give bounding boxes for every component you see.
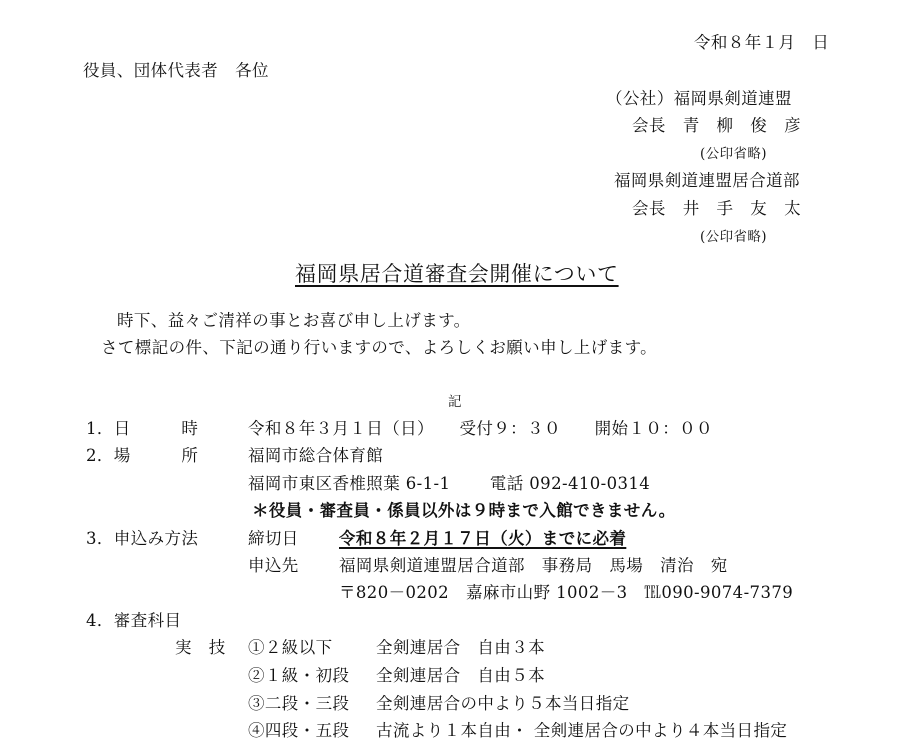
deadline-value: 令和８年２月１７日（火）までに必着 bbox=[339, 529, 626, 549]
apply-to-address: 〒820－0202 嘉麻市山野 1002－3 ℡090-9074-7379 bbox=[339, 583, 793, 603]
practical-label: 実 技 bbox=[175, 638, 226, 658]
greeting-line-1: 時下、益々ご清祥の事とお喜び申し上げます。 bbox=[117, 311, 471, 331]
sender-org-2: 福岡県剣道連盟居合道部 bbox=[614, 171, 800, 191]
deadline-label: 締切日 bbox=[248, 529, 299, 549]
item-datetime-label: 1．日 時 bbox=[86, 419, 198, 439]
greeting-line-2: さて標記の件、下記の通り行いますので、よろしくお願い申し上げます。 bbox=[101, 338, 657, 358]
seal-note-2: (公印省略) bbox=[700, 227, 767, 247]
subject-content: 全剣連居合の中より５本当日指定 bbox=[376, 694, 630, 714]
addressee: 役員、団体代表者 各位 bbox=[83, 61, 269, 81]
sender-org-1: （公社）福岡県剣道連盟 bbox=[606, 89, 792, 109]
apply-to-value: 福岡県剣道連盟居合道部 事務局 馬場 清治 宛 bbox=[339, 556, 728, 576]
ki-heading: 記 bbox=[448, 392, 462, 412]
seal-note-1: (公印省略) bbox=[700, 144, 767, 164]
sender-president-1: 会長 青 柳 俊 彦 bbox=[632, 116, 801, 136]
subject-content: 全剣連居合 自由５本 bbox=[376, 666, 545, 686]
document-title: 福岡県居合道審査会開催について bbox=[295, 264, 619, 284]
item-datetime-value: 令和８年３月１日（日） 受付９：３０ 開始１０：００ bbox=[248, 419, 713, 439]
item-application-label: 3．申込み方法 bbox=[86, 529, 198, 549]
item-venue-notice: ＊役員・審査員・係員以外は９時まで入館できません。 bbox=[252, 501, 676, 521]
subject-grade: ②１級・初段 bbox=[248, 666, 349, 686]
item-venue-label: 2．場 所 bbox=[86, 446, 198, 466]
document-date: 令和８年１月 日 bbox=[694, 33, 829, 53]
subject-content: 全剣連居合 自由３本 bbox=[376, 638, 545, 658]
item-venue-name: 福岡市総合体育館 bbox=[248, 446, 383, 466]
sender-president-2: 会長 井 手 友 太 bbox=[632, 199, 801, 219]
item-venue-address: 福岡市東区香椎照葉 6-1-1 電話 092-410-0314 bbox=[248, 474, 650, 494]
subject-grade: ③二段・三段 bbox=[248, 694, 349, 714]
subject-content: 古流より１本自由・ 全剣連居合の中より４本当日指定 bbox=[376, 721, 787, 741]
subject-grade: ④四段・五段 bbox=[248, 721, 349, 741]
apply-to-label: 申込先 bbox=[248, 556, 299, 576]
subject-grade: ①２級以下 bbox=[248, 638, 333, 658]
item-subjects-label: 4．審査科目 bbox=[86, 611, 181, 631]
